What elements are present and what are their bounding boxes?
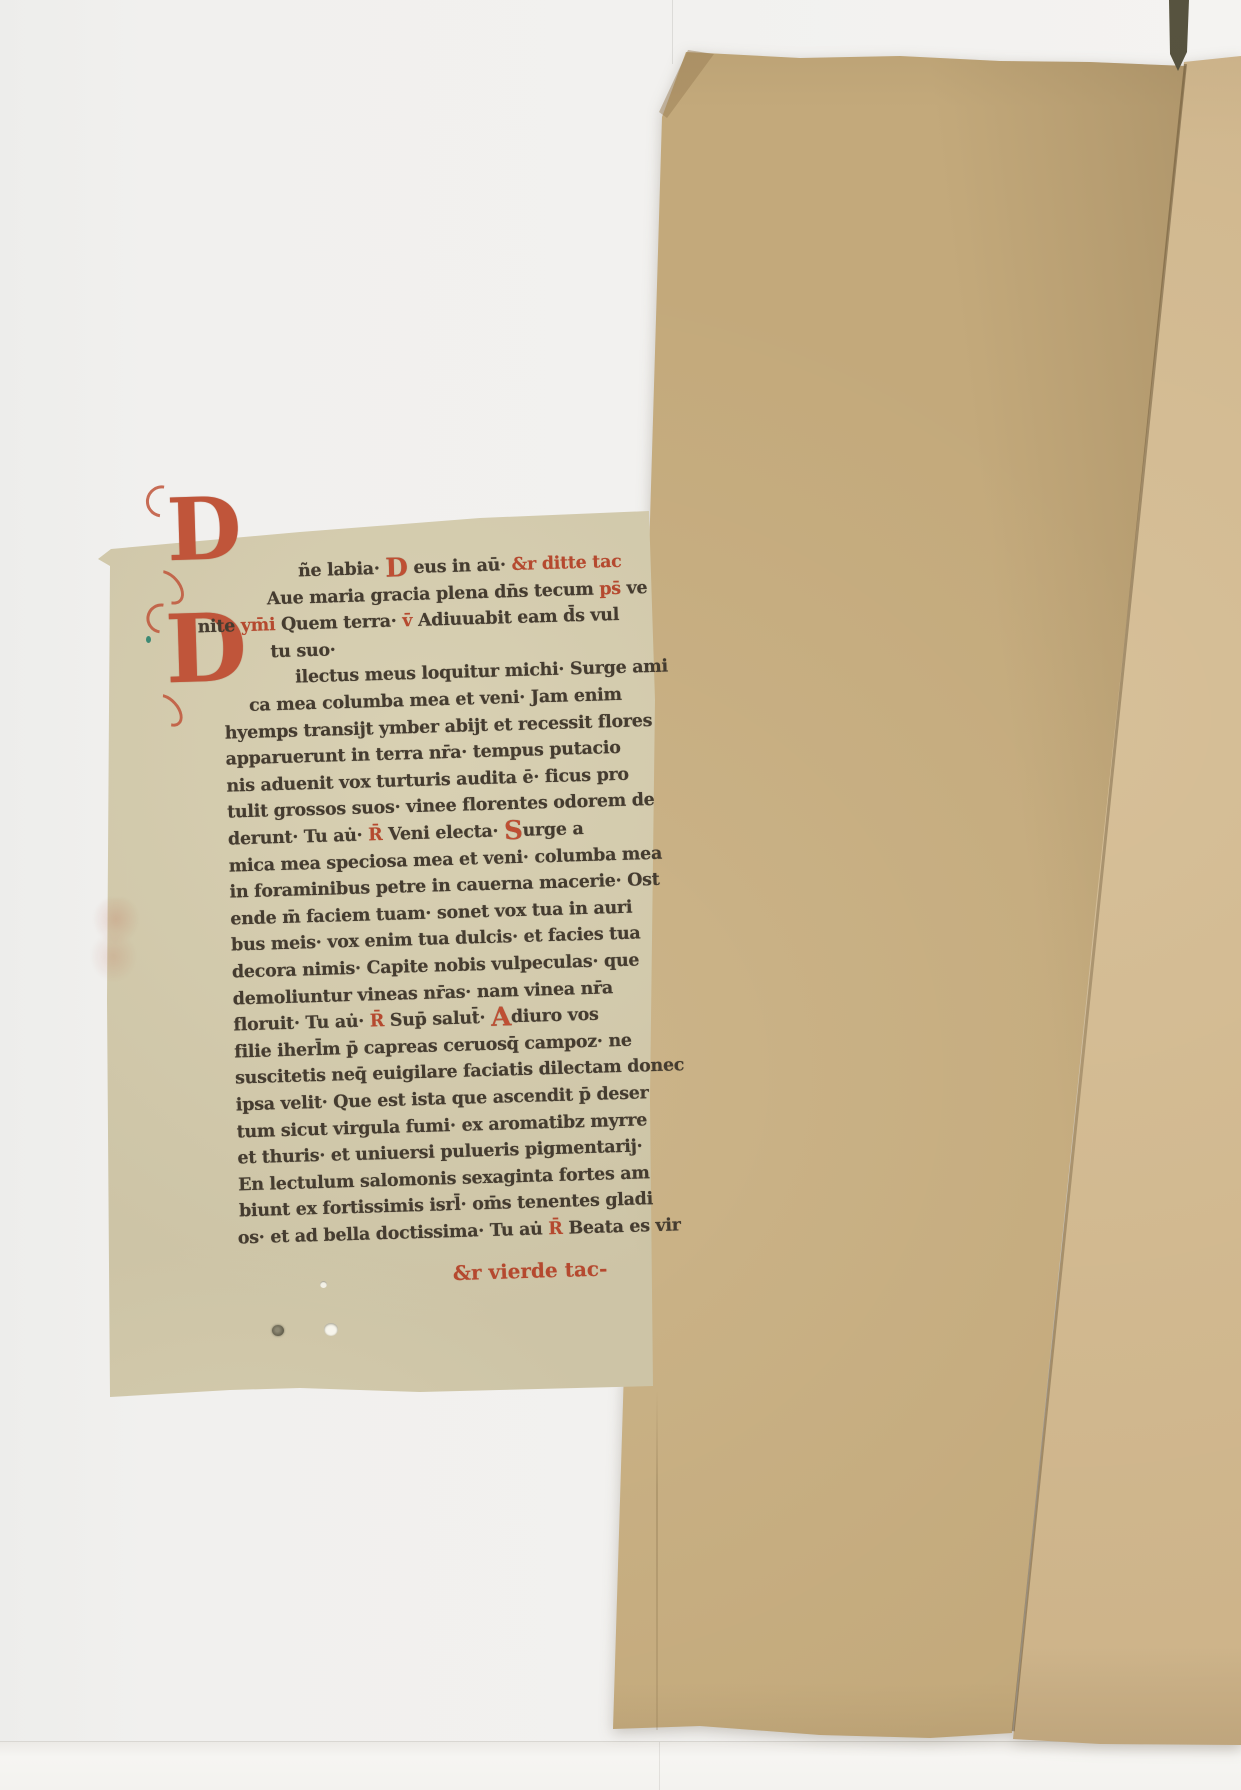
manuscript-line: ilectus meus loquitur michi· Surge ami [295,659,668,688]
rubricated-segment: A [491,1002,512,1033]
text-segment: nite [197,616,241,637]
text-segment: Veni electa· [388,821,504,844]
rubricated-segment: D [385,553,408,584]
manuscript-line: floruit· Tu au̇· R̄ Sup̄ salut̄· Adiuro … [233,1007,598,1035]
text-segment: bus meis· vox enim tua dulcis· et facies… [231,924,641,956]
manuscript-line: os· et ad bella doctissima· Tu au̇ R̄ Be… [238,1217,681,1248]
text-segment: floruit· Tu au̇· [233,1012,370,1036]
text-segment: os· et ad bella doctissima· Tu au̇ [238,1219,549,1248]
text-segment: tum sicut virgula fumi· ex aromatibz myr… [236,1110,647,1142]
text-segment: ende m̄ faciem tuam· sonet vox tua in au… [230,897,632,929]
text-segment: Quem terra· [281,612,403,636]
text-segment: tu suo· [270,640,336,662]
text-segment: Sup̄ salut̄· [390,1008,492,1031]
text-segment: demoliuntur vineas nr̄as· nam vinea nr̄a [232,978,613,1009]
text-segment: Beata es vir [568,1215,681,1238]
rubricated-segment: R̄ [368,825,389,846]
rubricated-segment: R̄ [370,1011,391,1032]
text-segment: nis aduenit vox turturis audita ē· ficus… [226,764,629,796]
text-segment: apparuerunt in terra nr̄a· tempus putaci… [225,738,621,770]
rubricated-segment: v̄ [402,611,418,631]
closing-rubric: &r vierde tac- [453,1259,608,1284]
text-segment: eus in aū· [407,555,512,578]
manuscript-line: Aue maria gracia plena dn̄s tecum ps̄ ve [267,580,648,609]
rubricated-segment: &r ditte tac [511,552,621,575]
manuscript-line: bus meis· vox enim tua dulcis· et facies… [231,926,641,956]
rubricated-segment: R̄ [548,1219,569,1240]
manuscript-line: tu suo· [270,642,336,661]
manuscript-text-block: D D ñe labia· D eus in aū· &r ditte tacA… [0,0,1241,1790]
manuscript-line: tulit grossos suos· vinee florentes odor… [227,792,655,822]
text-segment: ilectus meus loquitur michi· Surge ami [295,657,668,688]
manuscript-line: apparuerunt in terra nr̄a· tempus putaci… [225,740,620,769]
manuscript-line: derunt· Tu au̇· R̄ Veni electa· Surge a [228,821,584,849]
text-segment: ve [626,578,647,599]
rubricated-segment: ym̄i [241,615,282,636]
manuscript-line: ñe labia· D eus in aū· &r ditte tac [298,554,622,581]
text-segment: et thuris· et uniuersi pulueris pigmenta… [237,1137,643,1169]
manuscript-line: tum sicut virgula fumi· ex aromatibz myr… [236,1112,647,1142]
manuscript-lines: ñe labia· D eus in aū· &r ditte tacAue m… [0,0,1224,6]
manuscript-line: nis aduenit vox turturis audita ē· ficus… [226,766,629,795]
text-segment: ca mea columba mea et veni· Jam enim [249,685,622,716]
text-segment: Adiuuabit eam d̄s vul [418,605,620,631]
rubricated-segment: ps̄ [599,578,627,599]
text-segment: filie iherl̄m p̄ capreas ceruosq̄ campoz… [234,1030,632,1062]
text-segment: urge a [522,819,584,841]
manuscript-line: decora nimis· Capite nobis vulpeculas· q… [232,952,640,982]
manuscript-line: ca mea columba mea et veni· Jam enim [249,687,622,716]
manuscript-line: ende m̄ faciem tuam· sonet vox tua in au… [230,899,632,928]
text-segment: ñe labia· [298,559,386,582]
manuscript-line: ipsa velit· Que est ista que ascendit p̄… [236,1085,649,1115]
text-segment: Aue maria gracia plena dn̄s tecum [267,579,600,609]
ornamental-initial-d-1: D [166,495,243,566]
photograph-of-manuscript-leaf-on-folder: D D ñe labia· D eus in aū· &r ditte tacA… [0,0,1241,1790]
rubricated-segment: S [504,816,523,847]
manuscript-line: demoliuntur vineas nr̄as· nam vinea nr̄a [233,980,614,1009]
text-segment: diuro vos [511,1005,599,1028]
manuscript-line: nite ym̄i Quem terra· v̄ Adiuuabit eam d… [197,607,619,637]
text-segment: derunt· Tu au̇· [228,825,369,849]
text-segment: decora nimis· Capite nobis vulpeculas· q… [232,950,640,982]
text-segment: tulit grossos suos· vinee florentes odor… [227,790,655,823]
manuscript-line: biunt ex fortissimis isrl̄· om̄s tenente… [239,1192,653,1222]
manuscript-line: filie iherl̄m p̄ capreas ceruosq̄ campoz… [234,1032,632,1061]
manuscript-line: et thuris· et uniuersi pulueris pigmenta… [237,1139,642,1169]
